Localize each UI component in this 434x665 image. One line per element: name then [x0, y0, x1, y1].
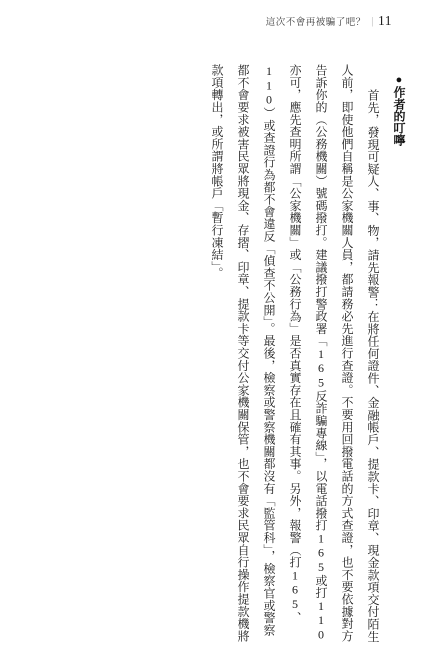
text-column-6: 都不會要求被害民眾將現金、存摺、印章、提款卡等交付公家機關保管，也不會要求民眾自… — [230, 64, 256, 658]
text-column-7: 款項轉出，或所謂將帳戶「暫行凍結」。 — [204, 64, 230, 658]
page-number: 11 — [378, 13, 392, 29]
main-text-block: ●作者的叮嚀 首先，發現可疑人、事、物，請先報警：在將任何證件、金融帳戶、提款卡… — [204, 64, 412, 658]
bullet-icon: ● — [393, 74, 405, 86]
header-separator: | — [371, 15, 372, 27]
text-column-1: 首先，發現可疑人、事、物，請先報警：在將任何證件、金融帳戶、提款卡、印章、現金款… — [360, 64, 386, 658]
section-title: ●作者的叮嚀 — [386, 64, 412, 658]
text-column-4: 亦可，應先查明所謂「公家機關」或「公務行為」是否真實存在且確有其事。另外，報警（… — [282, 64, 308, 658]
page-header: 這次不會再被騙了吧？ | 11 — [266, 13, 392, 29]
running-title: 這次不會再被騙了吧？ — [266, 14, 366, 28]
book-page: 這次不會再被騙了吧？ | 11 ●作者的叮嚀 首先，發現可疑人、事、物，請先報警… — [0, 0, 434, 665]
text-column-5: 110）或查證行為都不會違反「偵查不公開」。最後，檢察或警察機關都沒有「監管科」… — [256, 64, 282, 658]
text-column-3: 告訴你的（公務機關）號碼撥打。建議撥打警政署「165反詐騙專線」，以電話撥打16… — [308, 64, 334, 658]
section-title-text: 作者的叮嚀 — [392, 86, 406, 146]
text-column-2: 人前，即使他們自稱是公家機關人員，都請務必先進行查證。不要用回撥電話的方式查證，… — [334, 64, 360, 658]
